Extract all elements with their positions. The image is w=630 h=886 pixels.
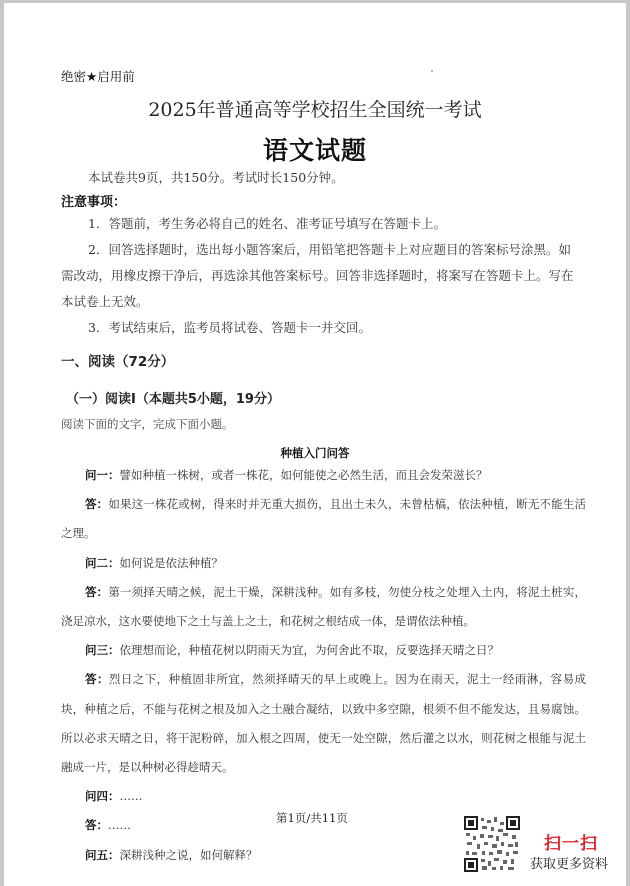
qa-text: …… bbox=[108, 818, 131, 832]
passage-body: 问一：譬如种植一株树，或者一株花，如何能使之必然生活，而且会发荣滋长？ 答：如果… bbox=[61, 461, 586, 870]
qa-item: 问二：如何说是依法种植？ bbox=[61, 549, 586, 578]
qa-item: 问三：依理想而论，种植花树以阴雨天为宜，为何舍此不取，反要选择天晴之日？ bbox=[61, 636, 586, 665]
qa-text: 烈日之下，种植固非所宜，然须择晴天的早上或晚上。因为在雨天，泥土一经雨淋，容易成… bbox=[61, 672, 586, 774]
qa-text: 譬如种植一株树，或者一株花，如何能使之必然生活，而且会发荣滋长？ bbox=[120, 468, 488, 482]
qa-item: 答：烈日之下，种植固非所宜，然须择晴天的早上或晚上。因为在雨天，泥土一经雨淋，容… bbox=[61, 665, 586, 782]
qa-text: 第一须择天晴之候，泥土干燥，深耕浅种。如有多枝，勿使分枝之处埋入土内，将泥土桩实… bbox=[61, 585, 586, 628]
subsection-title: （一）阅读I（本题共5小题，19分） bbox=[66, 388, 280, 407]
qa-label: 问三： bbox=[85, 643, 120, 657]
qa-label: 答： bbox=[85, 818, 108, 832]
passage-title: 种植入门问答 bbox=[4, 445, 626, 461]
qa-text: 深耕浅种之说，如何解释？ bbox=[120, 848, 258, 862]
qr-code-icon[interactable] bbox=[462, 814, 522, 874]
qa-text: 如果这一株花或树，得来时并无重大损伤，且出土未久，未曾枯槁，依法种植，断无不能生… bbox=[61, 497, 586, 540]
qa-label: 答： bbox=[85, 585, 108, 599]
exam-title: 2025年普通高等学校招生全国统一考试 bbox=[4, 95, 626, 122]
exam-intro: 本试卷共9页，共150分。考试时长150分钟。 bbox=[88, 168, 344, 186]
speck bbox=[431, 70, 433, 72]
qa-label: 问一： bbox=[85, 468, 120, 482]
qa-item: 答：如果这一株花或树，得来时并无重大损伤，且出土未久，未曾枯槁，依法种植，断无不… bbox=[61, 490, 586, 548]
qa-label: 问四： bbox=[85, 789, 120, 803]
qa-text: …… bbox=[120, 789, 143, 803]
qa-item: 问一：譬如种植一株树，或者一株花，如何能使之必然生活，而且会发荣滋长？ bbox=[61, 461, 586, 490]
section-title: 一、阅读（72分） bbox=[61, 350, 174, 370]
scan-label: 扫一扫 bbox=[544, 829, 598, 854]
qa-text: 依理想而论，种植花树以阴雨天为宜，为何舍此不取，反要选择天晴之日？ bbox=[120, 643, 500, 657]
qa-label: 问二： bbox=[85, 556, 120, 570]
exam-page: 绝密★启用前 2025年普通高等学校招生全国统一考试 语文试题 本试卷共9页，共… bbox=[4, 3, 626, 886]
page-indicator: 第1页/共11页 bbox=[276, 810, 348, 826]
notice-list: 1．答题前，考生务必将自己的姓名、准考证号填写在答题卡上。 2．回答选择题时，选… bbox=[61, 211, 581, 341]
more-resources-label: 获取更多资料 bbox=[530, 853, 608, 872]
notice-item: 2．回答选择题时，选出每小题答案后，用铅笔把答题卡上对应题目的答案标号涂黑。如需… bbox=[61, 237, 581, 315]
notice-item: 1．答题前，考生务必将自己的姓名、准考证号填写在答题卡上。 bbox=[61, 211, 581, 237]
notice-heading: 注意事项： bbox=[61, 191, 126, 210]
qa-label: 答： bbox=[85, 672, 109, 686]
qa-label: 问五： bbox=[85, 848, 120, 862]
notice-item: 3．考试结束后，监考员将试卷、答题卡一并交回。 bbox=[61, 315, 581, 341]
qa-item: 答：第一须择天晴之候，泥土干燥，深耕浅种。如有多枝，勿使分枝之处埋入土内，将泥土… bbox=[61, 578, 586, 636]
section-instruction: 阅读下面的文字，完成下面小题。 bbox=[61, 416, 234, 432]
qa-text: 如何说是依法种植？ bbox=[120, 556, 224, 570]
secrecy-label: 绝密★启用前 bbox=[61, 67, 135, 85]
qa-item: 问四：…… bbox=[61, 782, 586, 811]
qa-label: 答： bbox=[85, 497, 108, 511]
subject-title: 语文试题 bbox=[4, 131, 626, 167]
